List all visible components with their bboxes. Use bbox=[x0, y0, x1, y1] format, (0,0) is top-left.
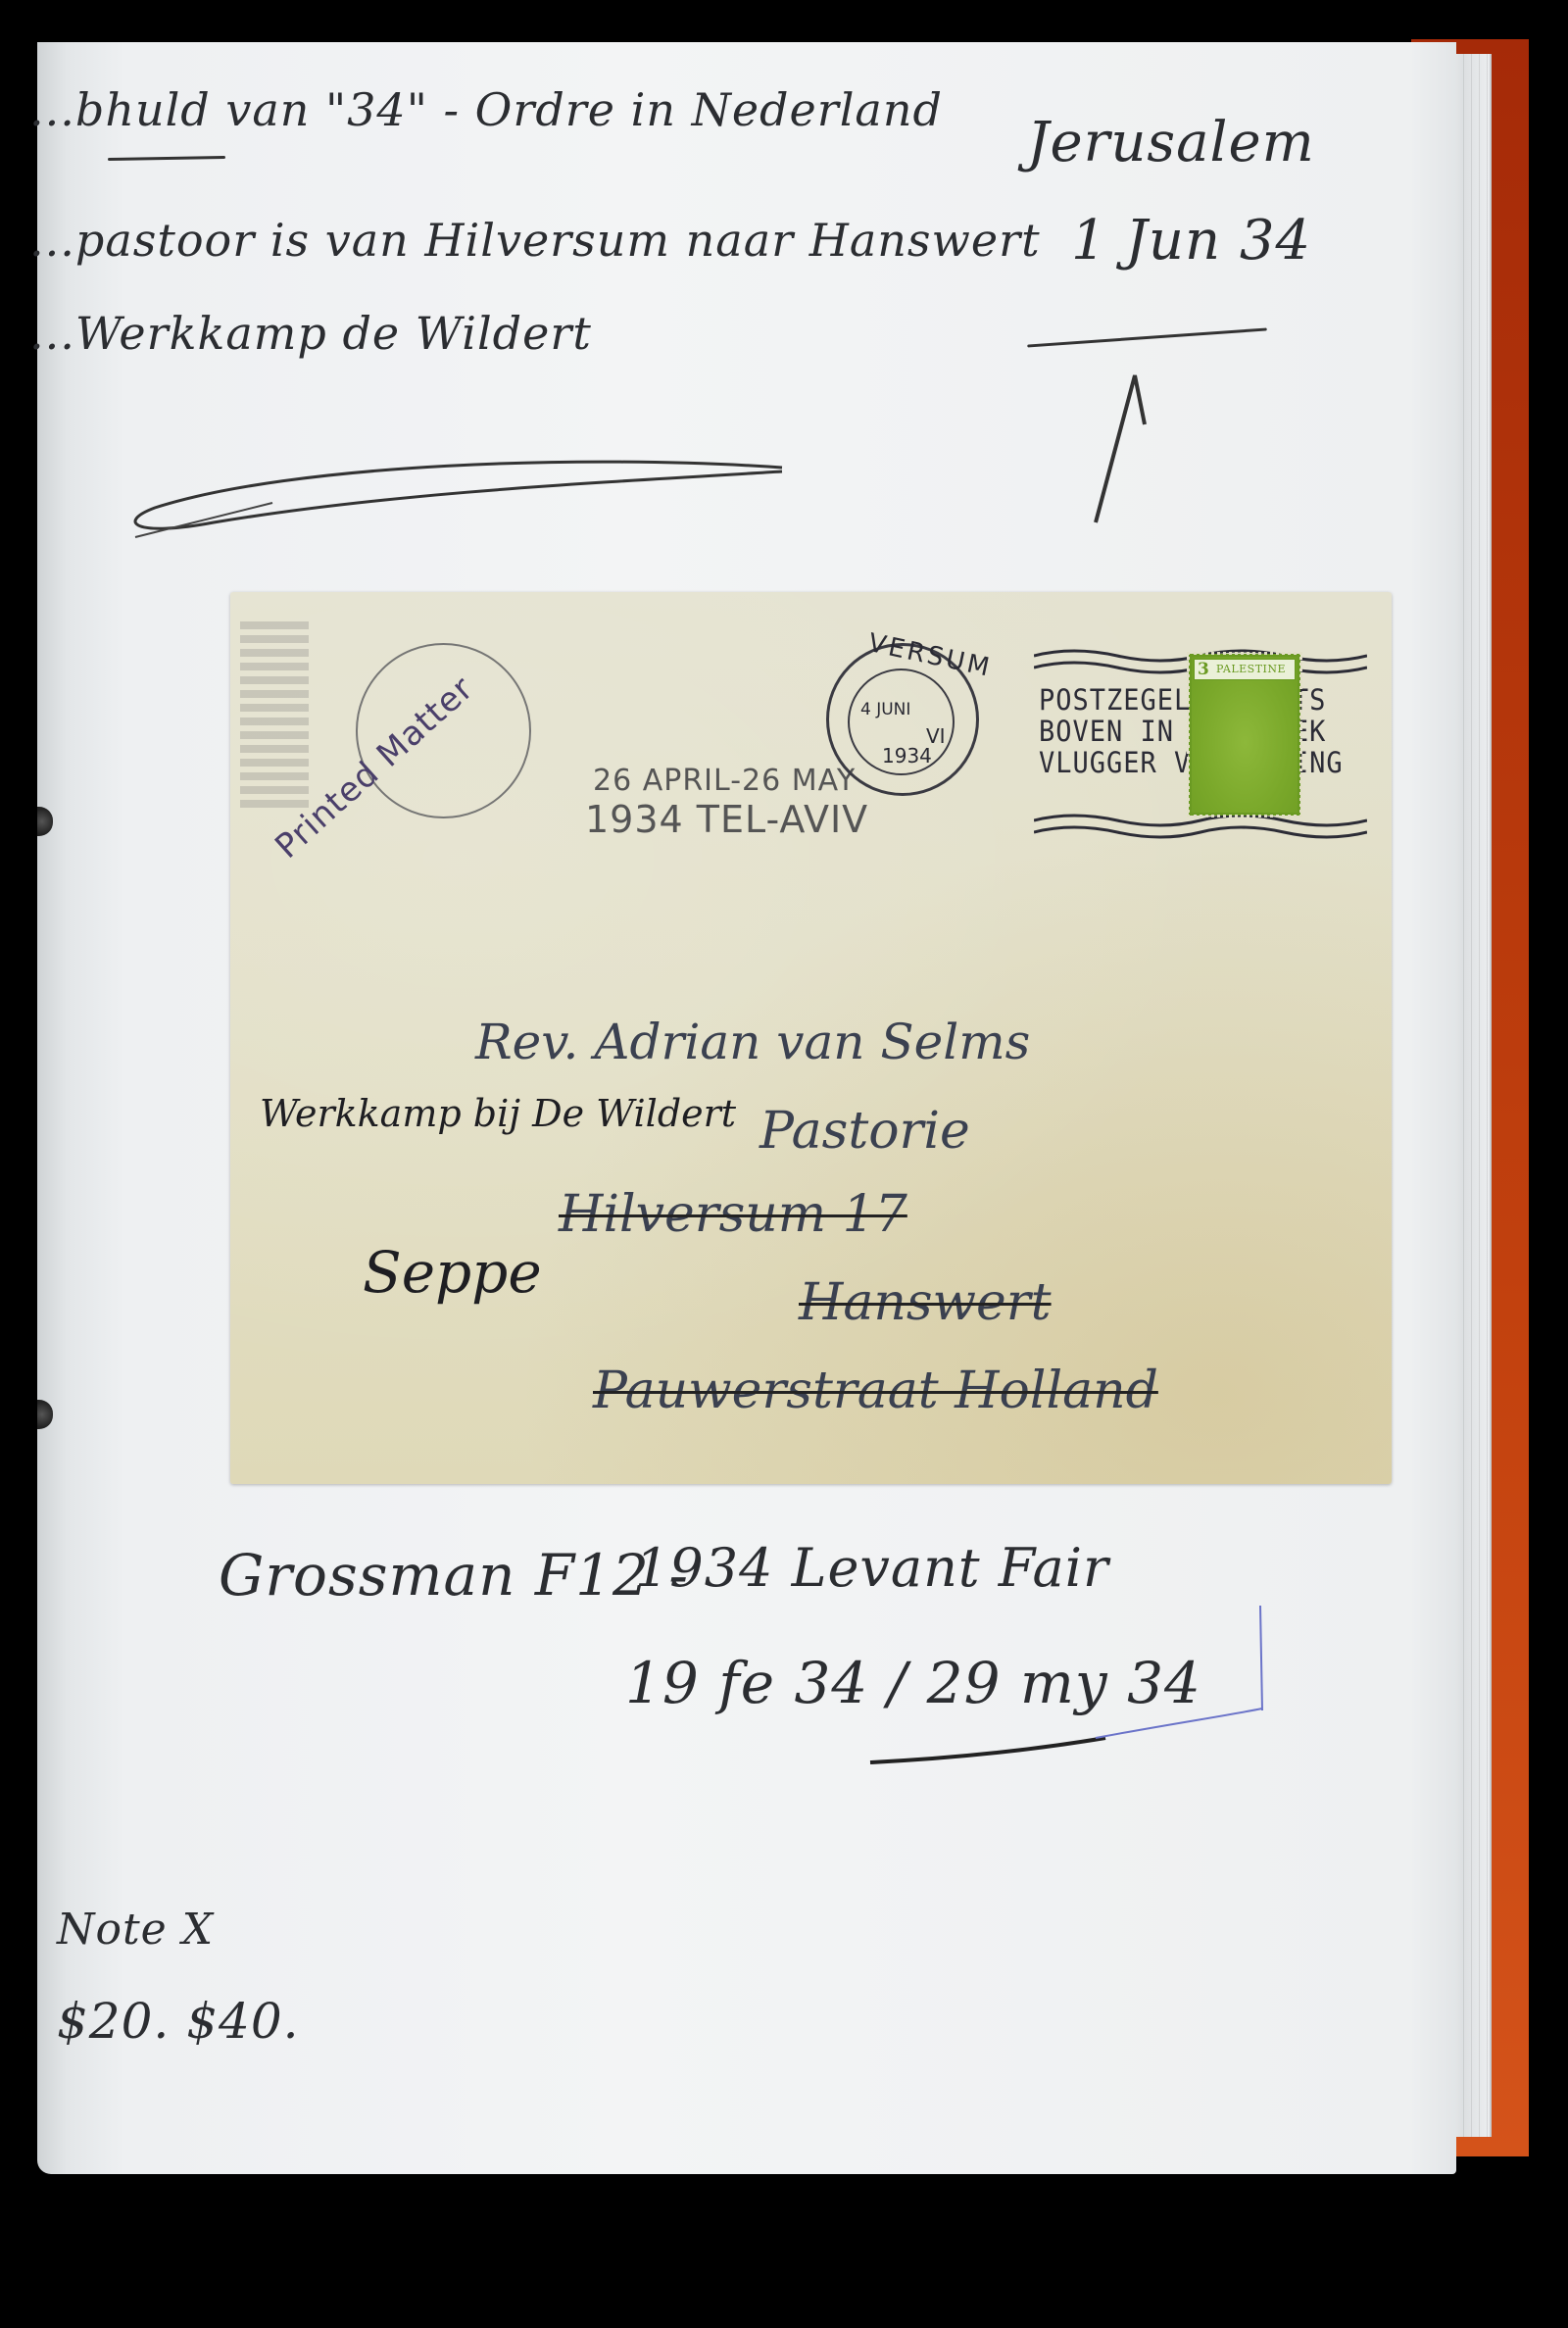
arrow-up-icon bbox=[1086, 356, 1164, 532]
header-note-line-2: ...pastoor is van Hilversum naar Hanswer… bbox=[29, 214, 1041, 267]
side-note-date: 1 Jun 34 bbox=[1071, 209, 1311, 272]
fair-slogan-line-1: 26 APRIL-26 MAY bbox=[593, 764, 856, 798]
addressee: Rev. Adrian van Selms bbox=[475, 1014, 1030, 1070]
binder-ring-hole bbox=[37, 1400, 53, 1429]
catalog-reference: Grossman F12 - bbox=[219, 1542, 689, 1609]
palestine-stamp: 3 PALESTINE bbox=[1189, 654, 1300, 816]
header-note-line-1: ...bhuld van "34" - Ordre in Nederland bbox=[29, 83, 943, 136]
forwarding-note: Werkkamp bij De Wildert bbox=[260, 1092, 736, 1135]
fair-slogan-line-2: 1934 TEL-AVIV bbox=[585, 798, 868, 841]
underline bbox=[108, 156, 225, 161]
binder-ring-hole bbox=[37, 807, 53, 836]
faint-cancellation bbox=[240, 621, 309, 808]
stamp-header: 3 PALESTINE bbox=[1194, 659, 1296, 680]
side-note-city: Jerusalem bbox=[1027, 111, 1315, 174]
address-line-5-struck: Pauwerstraat Holland bbox=[593, 1362, 1158, 1420]
price-values: $20. $40. bbox=[57, 1993, 300, 2050]
stamp-value: 3 bbox=[1198, 660, 1209, 679]
stamp-country: PALESTINE bbox=[1216, 660, 1286, 679]
sender-note: Seppe bbox=[363, 1239, 542, 1306]
price-label: Note X bbox=[57, 1905, 214, 1955]
event-note: 1934 Levant Fair bbox=[635, 1537, 1109, 1599]
postmark-date: 4 JUNI bbox=[860, 700, 910, 719]
address-line-2: Pastorie bbox=[759, 1102, 970, 1161]
address-line-4-struck: Hanswert bbox=[799, 1273, 1052, 1332]
header-note-line-3: ...Werkkamp de Wildert bbox=[29, 307, 592, 360]
underline bbox=[1027, 327, 1267, 347]
underline-flourish bbox=[851, 1601, 1282, 1777]
flourish-stroke bbox=[96, 415, 802, 542]
address-line-3-struck: Hilversum 17 bbox=[559, 1185, 907, 1244]
postmark-year: 1934 bbox=[882, 744, 932, 768]
